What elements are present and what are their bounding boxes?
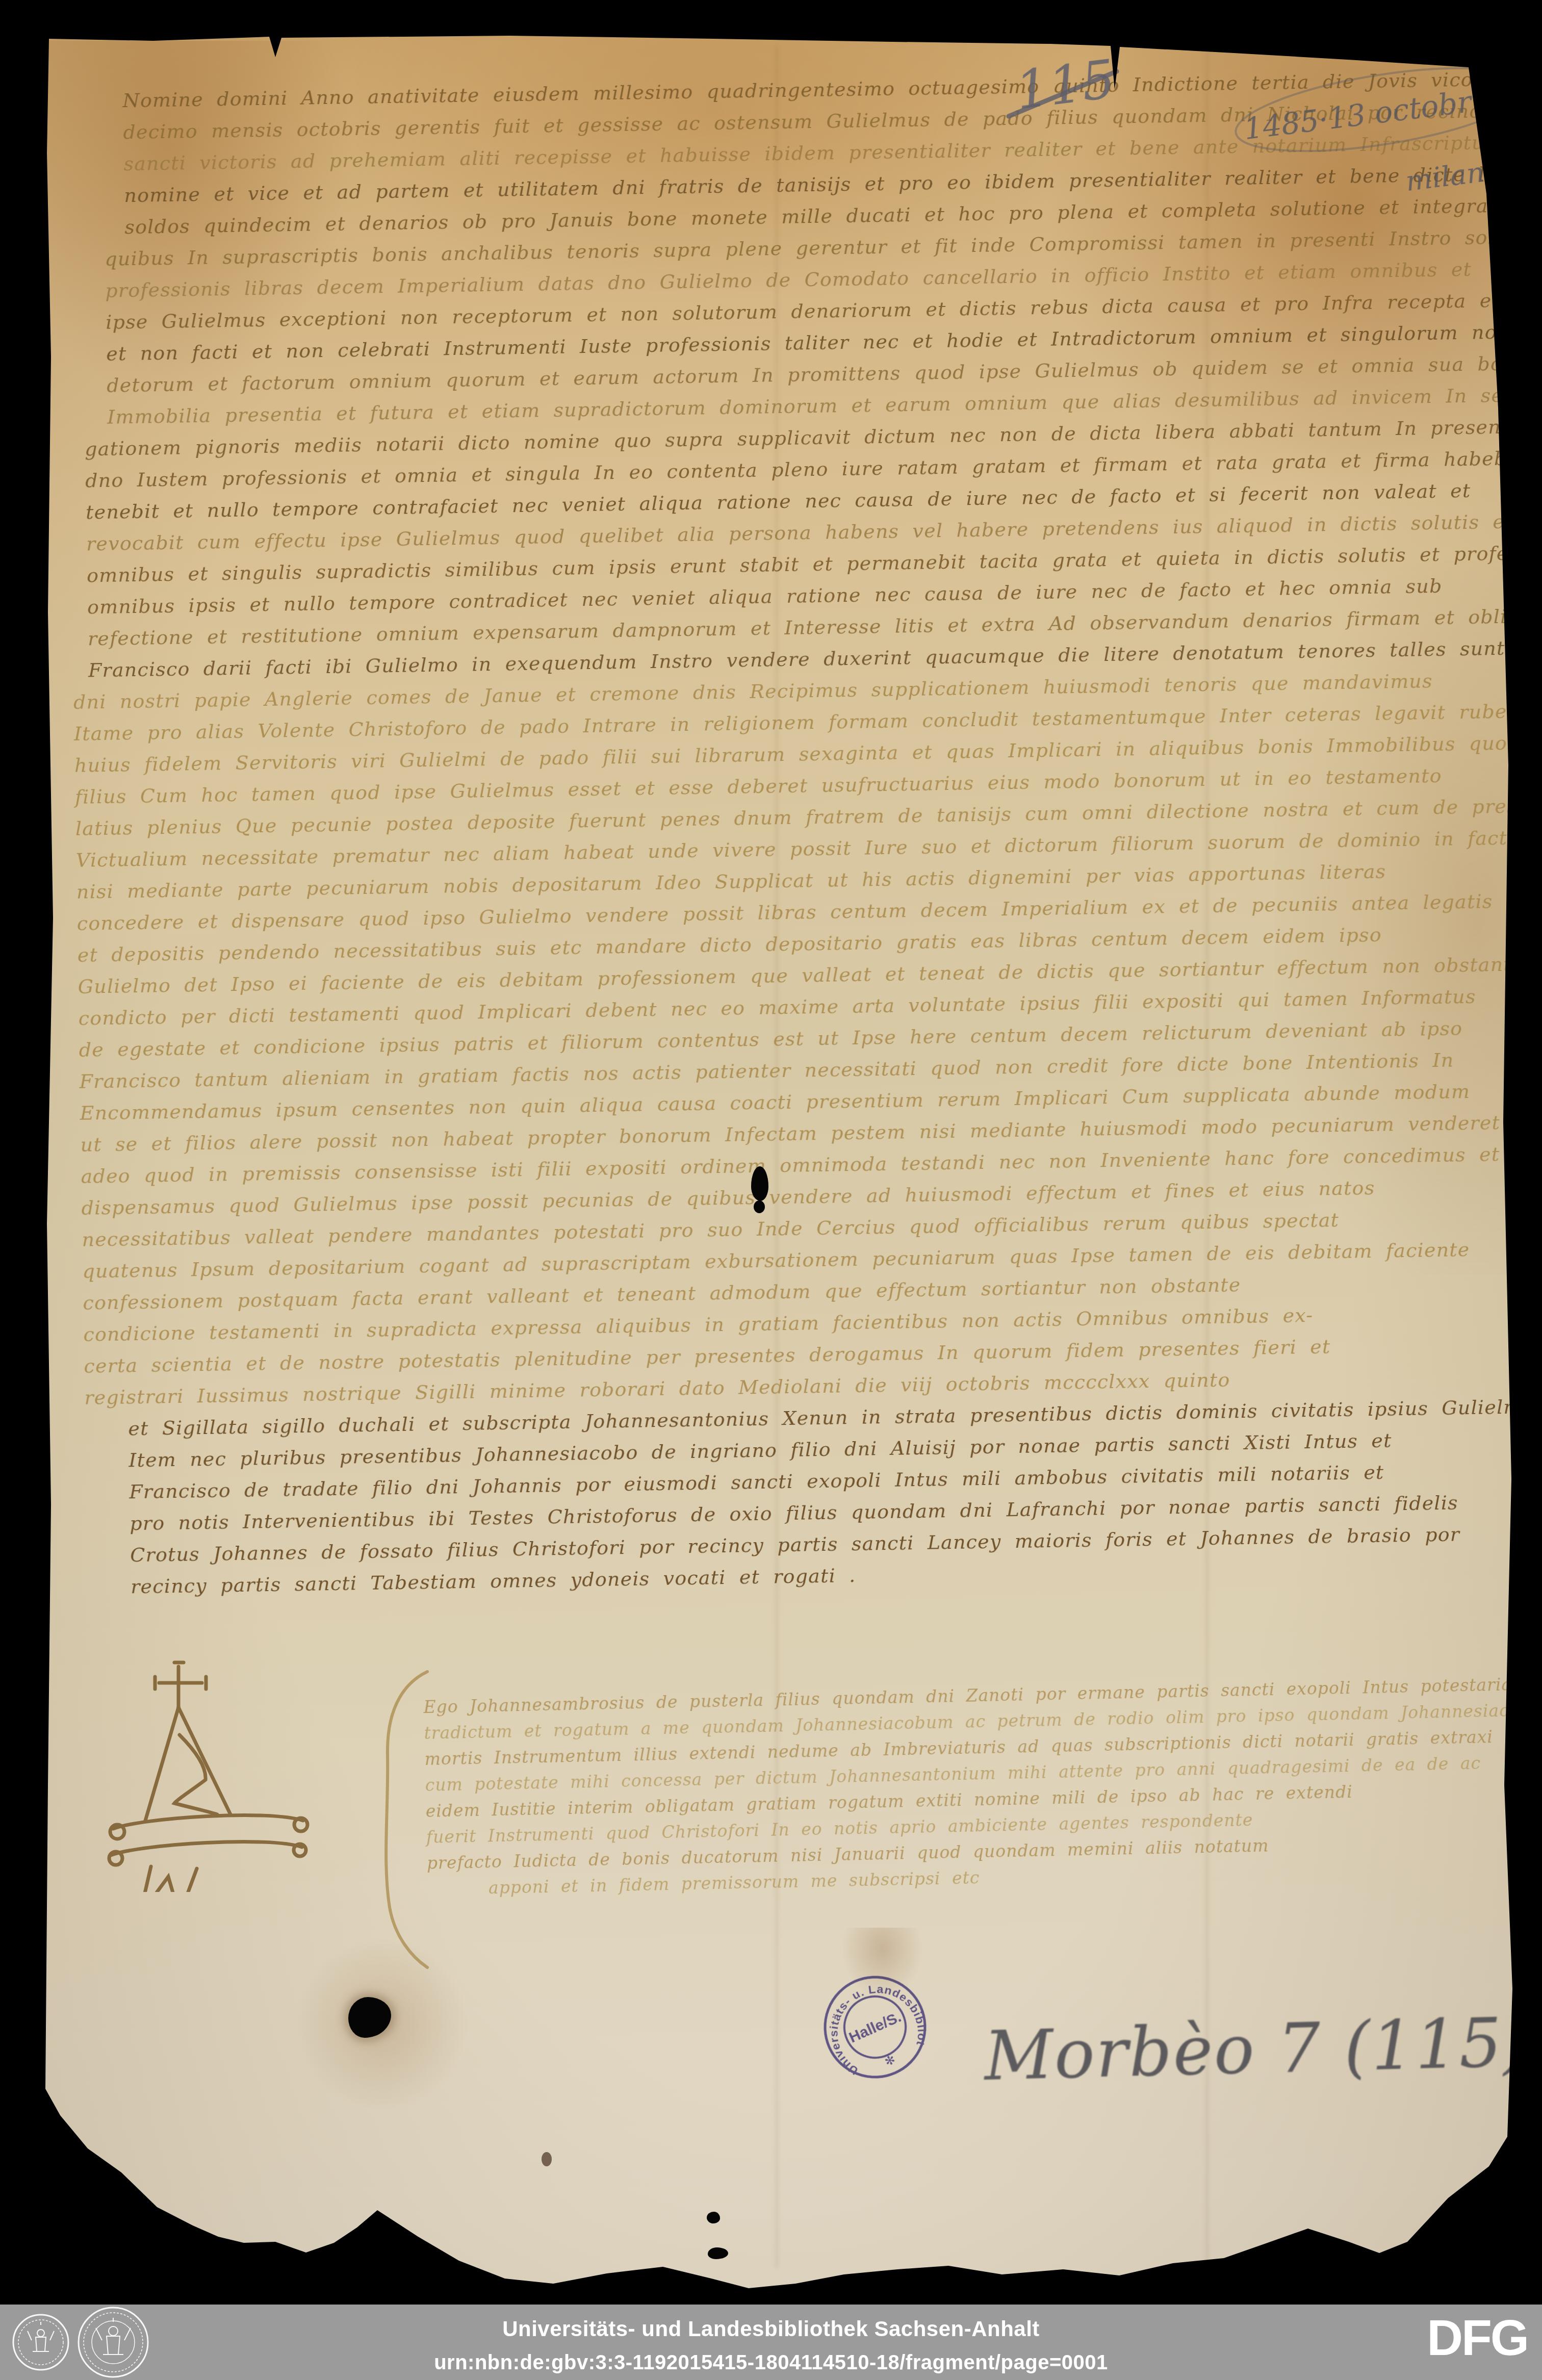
parchment-hole-small-lower (708, 2247, 728, 2259)
footer-institution-text: Universitäts- und Landesbibliothek Sachs… (0, 2317, 1542, 2341)
footer-bar: Universitäts- und Landesbibliothek Sachs… (0, 2305, 1542, 2380)
notary-subscription-block: Ego Johannesambrosius de pusterla filius… (423, 1671, 1524, 1902)
brown-fleck (542, 2152, 552, 2166)
notary-sign (102, 1652, 316, 1892)
scan-stage: Nomine domini Anno anativitate eiusdem m… (0, 0, 1542, 2380)
library-stamp: Universitäts- u. Landesbibliothek Halle/… (804, 1956, 946, 2099)
svg-text:✻: ✻ (883, 2053, 897, 2069)
ink-blot-drop (754, 1200, 765, 1213)
parchment: Nomine domini Anno anativitate eiusdem m… (0, 0, 1542, 2380)
shelfmark-annotation: Morbèo 7 (115) (983, 2003, 1531, 2096)
parchment-hole-small-upper (707, 2212, 720, 2223)
manuscript-text-block: Nomine domini Anno anativitate eiusdem m… (64, 63, 1515, 1603)
page-number-annotation: 115 (1012, 49, 1118, 122)
dfg-logo: DFG (1427, 2313, 1528, 2363)
svg-text:Halle/S.: Halle/S. (846, 2008, 904, 2046)
parchment-hole-large (348, 1997, 391, 2038)
footer-urn-text: urn:nbn:de:gbv:3:3-1192015415-1804114510… (0, 2351, 1542, 2374)
